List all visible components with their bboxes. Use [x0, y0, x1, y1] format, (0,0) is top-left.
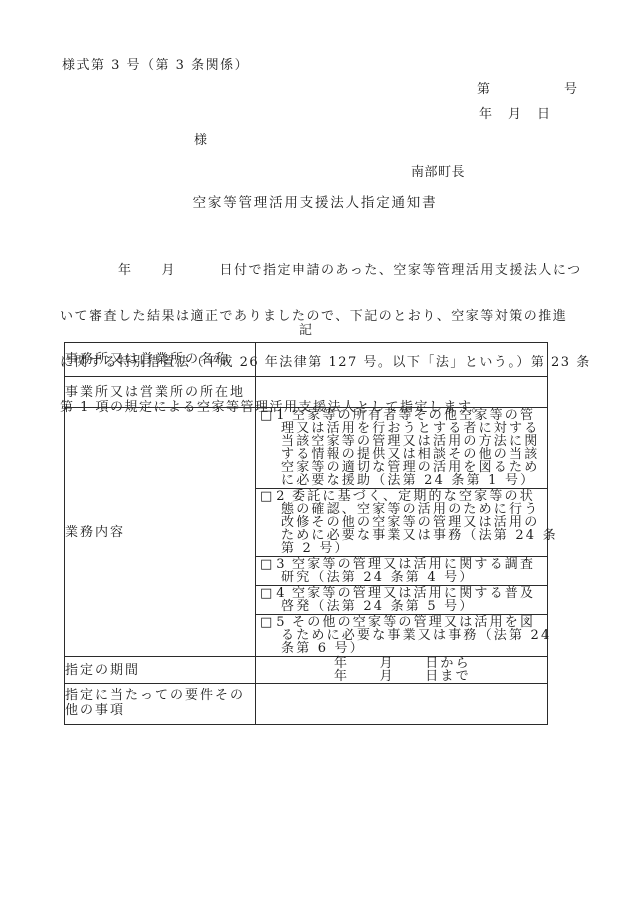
- document-date-blank: 年 月 日: [479, 103, 552, 122]
- office-name-value-cell: [256, 343, 548, 377]
- form-table: 事務所又は営業所の名称 事業所又は営業所の所在地 業務内容 □1 空家等の所有者…: [64, 342, 548, 725]
- requirements-label-line: 他の事項: [65, 703, 255, 718]
- item-number: 1: [276, 408, 284, 423]
- requirements-label: 指定に当たっての要件その 他の事項: [65, 684, 256, 725]
- business-item-1: □1 空家等の所有者等その他空家等の管 理又は活用を行おうとする者に対する 当該…: [256, 408, 547, 489]
- business-content-label: 業務内容: [65, 408, 256, 657]
- document-number-blank: 第 号: [477, 78, 579, 97]
- designation-period-label: 指定の期間: [65, 657, 256, 684]
- business-item-line: 条第 6 号）: [281, 642, 545, 655]
- office-location-row: 事業所又は営業所の所在地: [65, 377, 548, 408]
- item-prefix: □1: [260, 409, 285, 422]
- addressee-honorific: 様: [194, 129, 208, 148]
- office-location-label: 事業所又は営業所の所在地: [65, 377, 256, 408]
- designation-period-row: 指定の期間 年 月 日から 年 月 日まで: [65, 657, 548, 684]
- item-number: 4: [276, 586, 284, 601]
- business-content-cell: □1 空家等の所有者等その他空家等の管 理又は活用を行おうとする者に対する 当該…: [256, 408, 548, 657]
- office-name-row: 事務所又は営業所の名称: [65, 343, 548, 377]
- item-prefix: □2: [260, 490, 285, 503]
- body-line: 年 月 日付で指定申請のあった、空家等管理活用支援法人につ: [60, 263, 580, 279]
- checkbox-icon: □: [260, 586, 272, 601]
- document-page: 様式第 3 号（第 3 条関係） 第 号 年 月 日 様 南部町長 空家等管理活…: [0, 0, 630, 903]
- business-item-5: □5 その他の空家等の管理又は活用を図 るために必要な事業又は事務（法第 24 …: [256, 615, 547, 656]
- business-content-row: 業務内容 □1 空家等の所有者等その他空家等の管 理又は活用を行おうとする者に対…: [65, 408, 548, 657]
- designation-period-value-cell: 年 月 日から 年 月 日まで: [256, 657, 548, 684]
- business-item-line: 研究（法第 24 条第 4 号）: [281, 571, 545, 584]
- checkbox-icon: □: [260, 408, 272, 423]
- requirements-value-cell: [256, 684, 548, 725]
- business-item-line: に必要な援助（法第 24 条第 1 号）: [281, 474, 545, 487]
- form-number-label: 様式第 3 号（第 3 条関係）: [62, 54, 249, 73]
- item-number: 2: [276, 489, 284, 504]
- checkbox-icon: □: [260, 489, 272, 504]
- business-item-line: 啓発（法第 24 条第 5 号）: [281, 600, 545, 613]
- requirements-row: 指定に当たっての要件その 他の事項: [65, 684, 548, 725]
- period-to: 年 月 日まで: [256, 670, 547, 683]
- business-item-3: □3 空家等の管理又は活用に関する調査 研究（法第 24 条第 4 号）: [256, 557, 547, 586]
- business-item-4: □4 空家等の管理又は活用に関する普及 啓発（法第 24 条第 5 号）: [256, 586, 547, 615]
- office-location-value-cell: [256, 377, 548, 408]
- item-prefix: □5: [260, 616, 285, 629]
- office-name-label: 事務所又は営業所の名称: [65, 343, 256, 377]
- checkbox-icon: □: [260, 557, 272, 572]
- checkbox-icon: □: [260, 615, 272, 630]
- business-item-2: □2 委託に基づく、定期的な空家等の状 態の確認、空家等の活用のために行う 改修…: [256, 489, 547, 557]
- item-prefix: □4: [260, 587, 285, 600]
- sender-title: 南部町長: [411, 161, 465, 180]
- section-marker: 記: [64, 319, 548, 338]
- document-title: 空家等管理活用支援法人指定通知書: [0, 191, 630, 211]
- item-number: 5: [276, 615, 284, 630]
- requirements-label-line: 指定に当たっての要件その: [65, 688, 255, 703]
- item-prefix: □3: [260, 558, 285, 571]
- business-item-line: 第 2 号）: [281, 542, 545, 555]
- item-number: 3: [276, 557, 284, 572]
